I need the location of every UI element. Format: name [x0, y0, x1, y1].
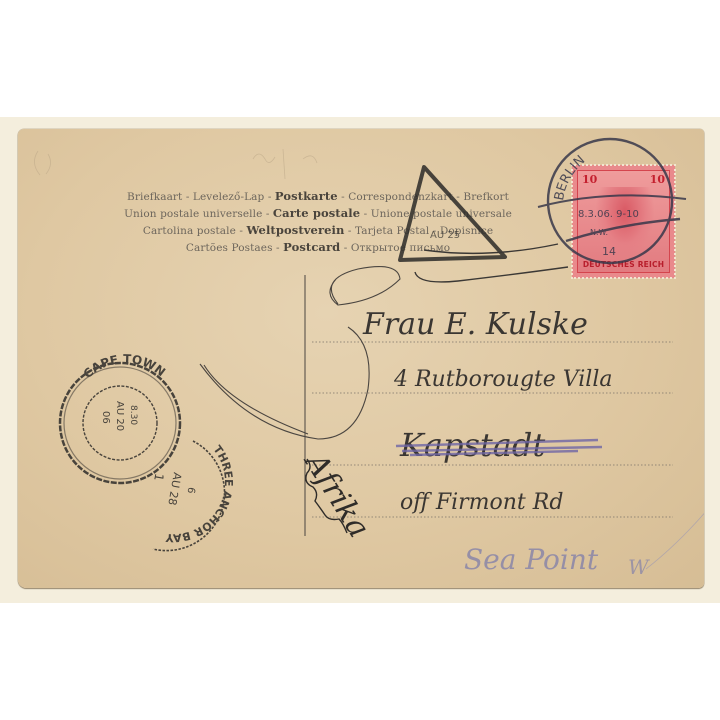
svg-text:8.30: 8.30	[128, 405, 138, 425]
svg-text:CAPE TOWN: CAPE TOWN	[81, 352, 168, 381]
cape-town-postmark: CAPE TOWN 8.30 AU 20 06	[60, 352, 180, 483]
pencil-stroke	[646, 509, 704, 569]
svg-text:AU 25: AU 25	[430, 230, 460, 241]
svg-text:14: 14	[602, 245, 616, 258]
triangle-postmark: AU 25	[400, 167, 505, 260]
svg-text:Afrika: Afrika	[296, 445, 376, 544]
svg-text:AU 28: AU 28	[165, 471, 184, 506]
handwritten-address: Frau E. Kulske 4 Rutborougte Villa Kapst…	[362, 307, 613, 515]
handwriting-flourish-top	[330, 267, 400, 305]
three-anchor-bay-postmark: THREE ANCHOR BAY 6 AU 28 1	[148, 441, 235, 551]
svg-text:6: 6	[185, 486, 197, 494]
berlin-postmark: BERLIN 8.3.06. 9-10 N.W. 14	[538, 139, 686, 263]
postcard: Briefkaart - Levelező-Lap - Postkarte - …	[18, 129, 704, 588]
svg-text:N.W.: N.W.	[590, 228, 608, 237]
svg-text:8.3.06. 9-10: 8.3.06. 9-10	[578, 209, 639, 220]
svg-text:Sea Point: Sea Point	[464, 543, 599, 576]
svg-text:BERLIN: BERLIN	[552, 153, 588, 202]
svg-text:06: 06	[100, 411, 111, 424]
svg-text:1: 1	[151, 472, 166, 482]
svg-text:4 Rutborougte Villa: 4 Rutborougte Villa	[393, 367, 613, 392]
card-markings: AU 25 BERLIN 8.3.06. 9-10 N.W. 14 CAPE T…	[18, 129, 704, 588]
svg-text:off Firmont Rd: off Firmont Rd	[400, 490, 563, 515]
svg-text:W: W	[628, 555, 650, 579]
svg-text:AU 20: AU 20	[114, 401, 125, 431]
handwriting-flourish	[200, 327, 369, 439]
cancel-swoosh	[415, 244, 568, 282]
handwriting-afrika: Afrika	[296, 445, 376, 544]
faint-pencil-marks	[34, 149, 317, 179]
svg-text:Frau E. Kulske: Frau E. Kulske	[362, 307, 588, 342]
pencil-note: Sea Point W	[464, 543, 650, 579]
